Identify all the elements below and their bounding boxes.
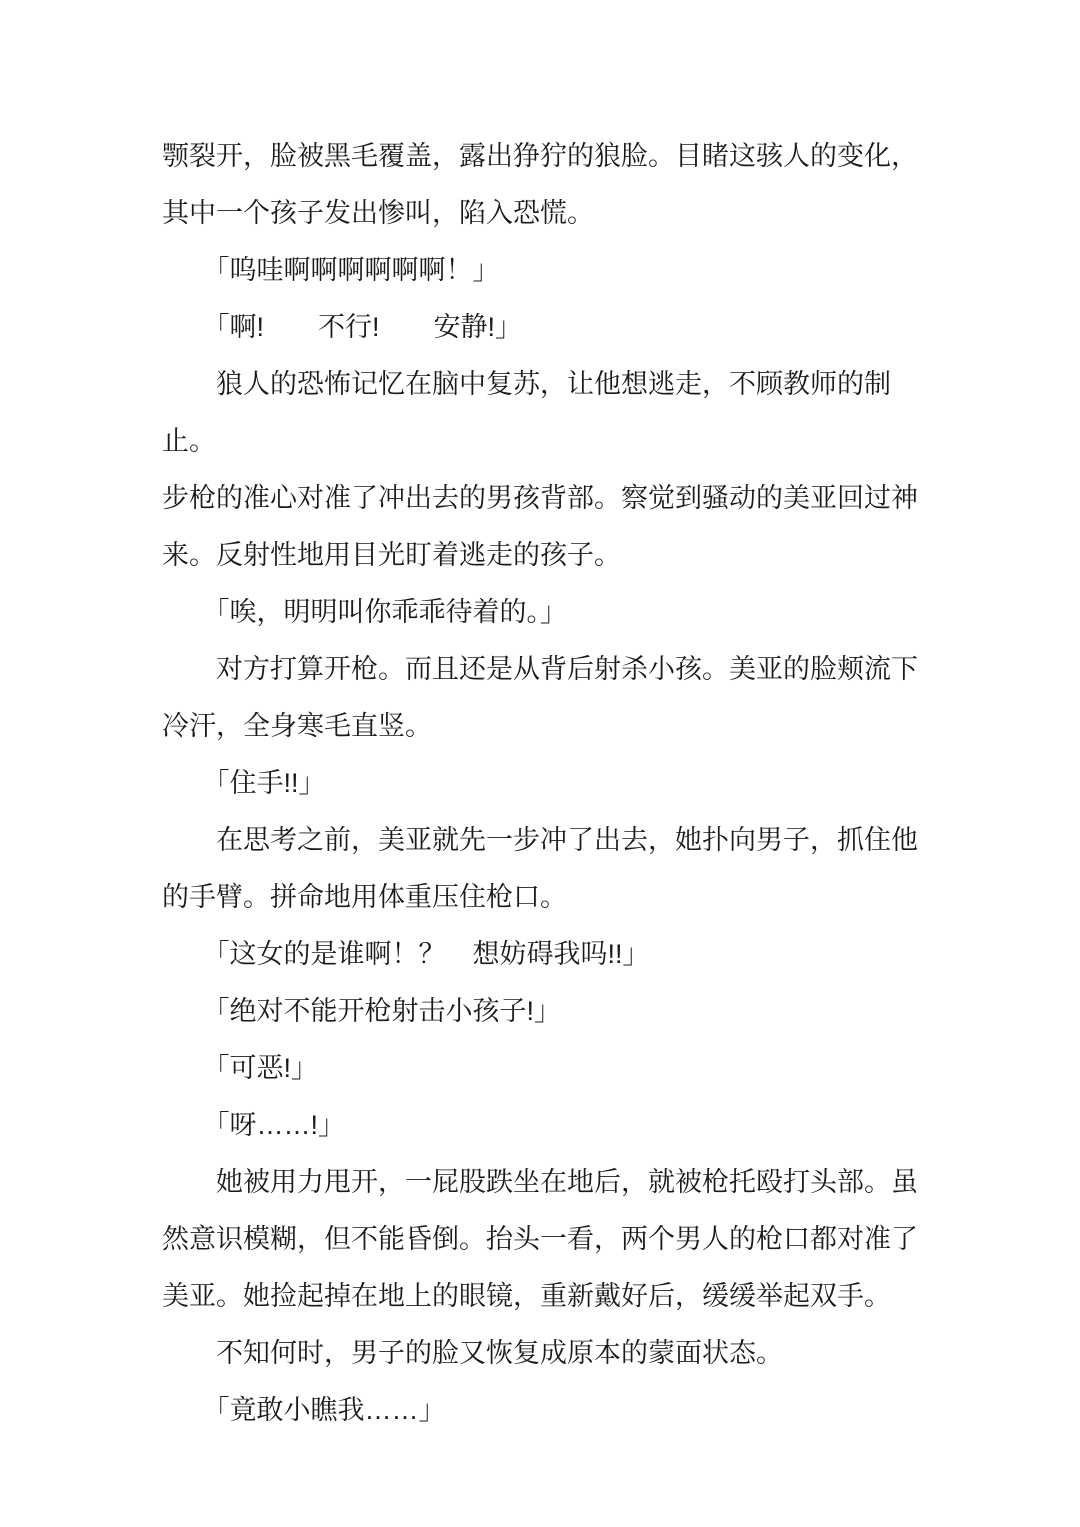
text-line: 来。反射性地用目光盯着逃走的孩子。 bbox=[162, 527, 924, 584]
text-line: 美亚。她捡起掉在地上的眼镜，重新戴好后，缓缓举起双手。 bbox=[162, 1268, 924, 1325]
text-line: 颚裂开，脸被黑毛覆盖，露出狰狞的狼脸。目睹这骇人的变化， bbox=[162, 128, 924, 185]
document-page: 颚裂开，脸被黑毛覆盖，露出狰狞的狼脸。目睹这骇人的变化， 其中一个孩子发出惨叫，… bbox=[0, 0, 1080, 1527]
text-line: 对方打算开枪。而且还是从背后射杀小孩。美亚的脸颊流下 bbox=[162, 641, 924, 698]
text-line: 其中一个孩子发出惨叫，陷入恐慌。 bbox=[162, 185, 924, 242]
text-line: 「呀……!」 bbox=[162, 1097, 924, 1154]
text-line: 不知何时，男子的脸又恢复成原本的蒙面状态。 bbox=[162, 1325, 924, 1382]
text-line: 冷汗，全身寒毛直竖。 bbox=[162, 698, 924, 755]
text-line: 在思考之前，美亚就先一步冲了出去，她扑向男子，抓住他 bbox=[162, 812, 924, 869]
text-line: 「啊! 不行! 安静!」 bbox=[162, 299, 924, 356]
text-line: 步枪的准心对准了冲出去的男孩背部。察觉到骚动的美亚回过神 bbox=[162, 470, 924, 527]
text-line: 「这女的是谁啊！？ 想妨碍我吗!!」 bbox=[162, 926, 924, 983]
text-line: 「可恶!」 bbox=[162, 1040, 924, 1097]
text-line: 然意识模糊，但不能昏倒。抬头一看，两个男人的枪口都对准了 bbox=[162, 1211, 924, 1268]
text-line: 狼人的恐怖记忆在脑中复苏，让他想逃走，不顾教师的制止。 bbox=[162, 356, 924, 470]
text-line: 「呜哇啊啊啊啊啊啊！」 bbox=[162, 242, 924, 299]
text-line: 的手臂。拼命地用体重压住枪口。 bbox=[162, 869, 924, 926]
text-line: 「住手!!」 bbox=[162, 755, 924, 812]
text-line: 她被用力甩开，一屁股跌坐在地后，就被枪托殴打头部。虽 bbox=[162, 1154, 924, 1211]
text-block: 颚裂开，脸被黑毛覆盖，露出狰狞的狼脸。目睹这骇人的变化， 其中一个孩子发出惨叫，… bbox=[162, 128, 924, 1439]
text-line: 「绝对不能开枪射击小孩子!」 bbox=[162, 983, 924, 1040]
text-line: 「唉，明明叫你乖乖待着的。」 bbox=[162, 584, 924, 641]
text-line: 「竟敢小瞧我……」 bbox=[162, 1382, 924, 1439]
